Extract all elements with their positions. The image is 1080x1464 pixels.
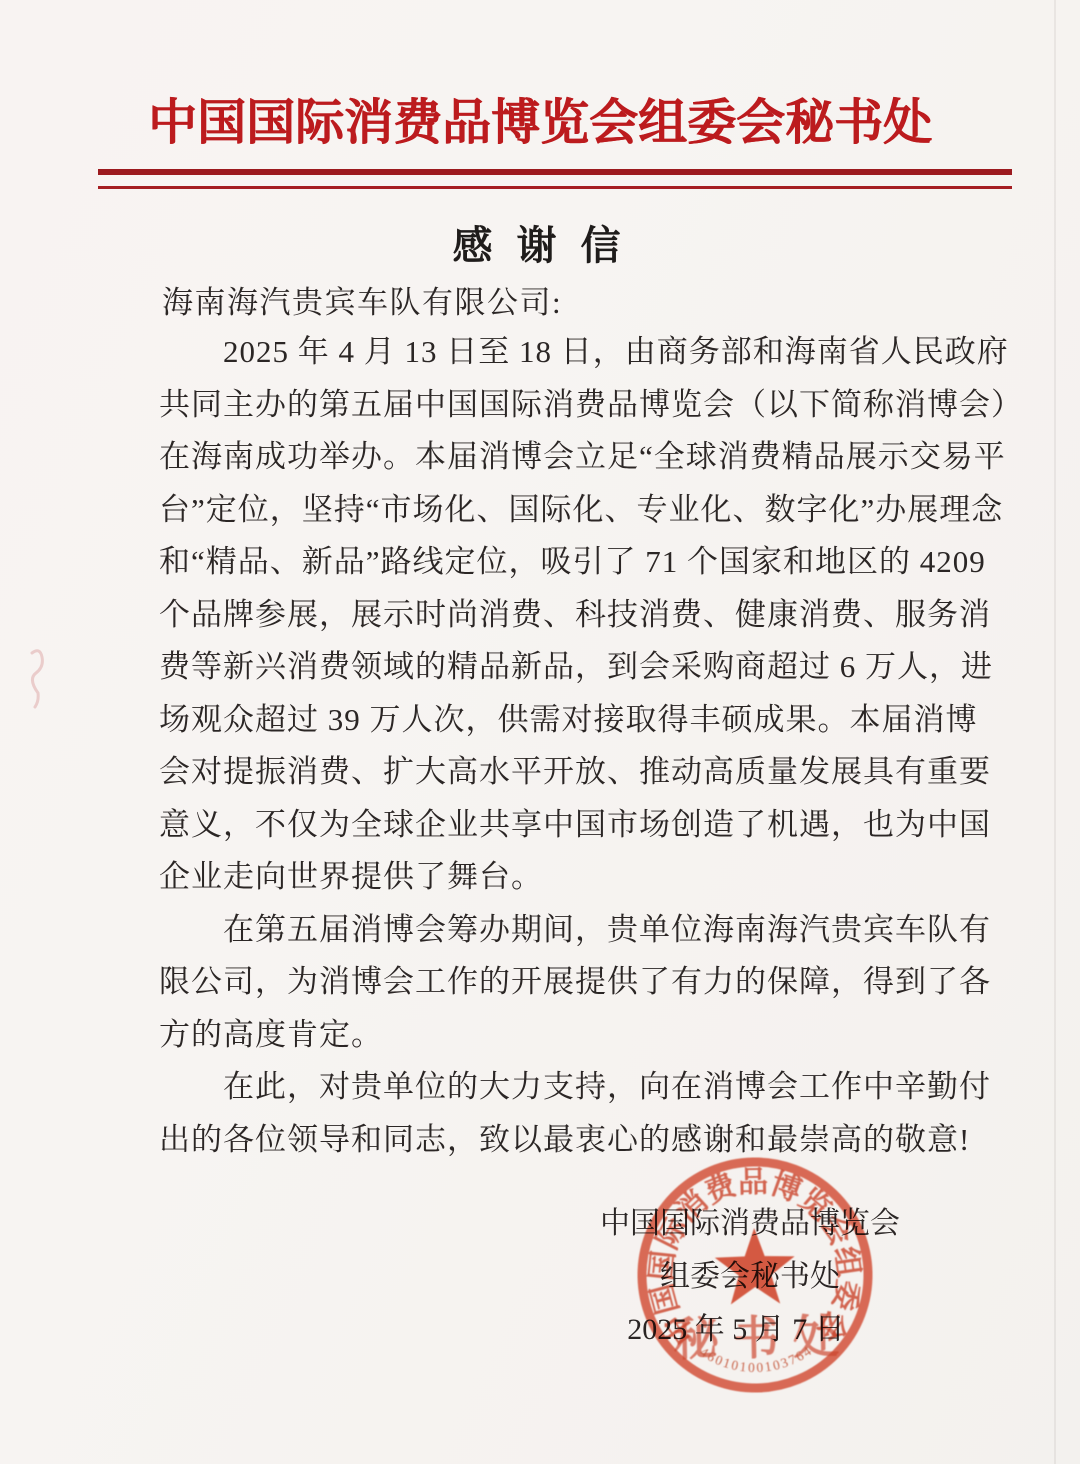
text-line: 费等新兴消费领域的精品新品，到会采购商超过 6 万人，进 [159, 641, 931, 694]
text-line: 场观众超过 39 万人次，供需对接取得丰硕成果。本届消博 [159, 694, 931, 747]
salutation: 海南海汽贵宾车队有限公司: [162, 277, 562, 322]
text-line: 方的高度肯定。 [159, 1009, 931, 1062]
letter-body: 2025 年 4 月 13 日至 18 日，由商务部和海南省人民政府共同主办的第… [159, 326, 931, 1166]
text-line: 意义，不仅为全球企业共享中国市场创造了机遇，也为中国 [159, 799, 931, 852]
letter-title: 感 谢 信 [0, 214, 1080, 271]
text-line: 个品牌参展，展示时尚消费、科技消费、健康消费、服务消 [159, 589, 931, 642]
letterhead-rule-thin [98, 186, 1012, 189]
text-line: 共同主办的第五届中国国际消费品博览会（以下简称消博会） [159, 379, 931, 432]
text-line: 2025 年 4 月 13 日至 18 日，由商务部和海南省人民政府 [159, 326, 931, 379]
official-seal-stamp: 中国国际消费品博览会组委会 秘书处 46010100103764 [597, 1117, 912, 1432]
text-line: 在第五届消博会筹办期间，贵单位海南海汽贵宾车队有 [159, 904, 931, 957]
margin-mark [18, 645, 58, 715]
text-line: 和“精品、新品”路线定位，吸引了 71 个国家和地区的 4209 [159, 536, 931, 589]
letterhead-rule-thick [98, 169, 1012, 175]
letterhead-title: 中国国际消费品博览会组委会秘书处 [0, 84, 1080, 154]
text-line: 台”定位，坚持“市场化、国际化、专业化、数字化”办展理念 [159, 484, 931, 537]
text-line: 会对提振消费、扩大高水平开放、推动高质量发展具有重要 [159, 746, 931, 799]
paragraph-1: 2025 年 4 月 13 日至 18 日，由商务部和海南省人民政府共同主办的第… [159, 326, 931, 904]
text-line: 企业走向世界提供了舞台。 [159, 851, 931, 904]
letter-page: 中国国际消费品博览会组委会秘书处 感 谢 信 海南海汽贵宾车队有限公司: 202… [0, 0, 1080, 1464]
seal-star-icon [714, 1227, 795, 1304]
paragraph-2: 在第五届消博会筹办期间，贵单位海南海汽贵宾车队有限公司，为消博会工作的开展提供了… [159, 904, 931, 1062]
text-line: 限公司，为消博会工作的开展提供了有力的保障，得到了各 [159, 956, 931, 1009]
text-line: 在海南成功举办。本届消博会立足“全球消费精品展示交易平 [159, 431, 931, 484]
text-line: 在此，对贵单位的大力支持，向在消博会工作中辛勤付 [159, 1061, 931, 1114]
